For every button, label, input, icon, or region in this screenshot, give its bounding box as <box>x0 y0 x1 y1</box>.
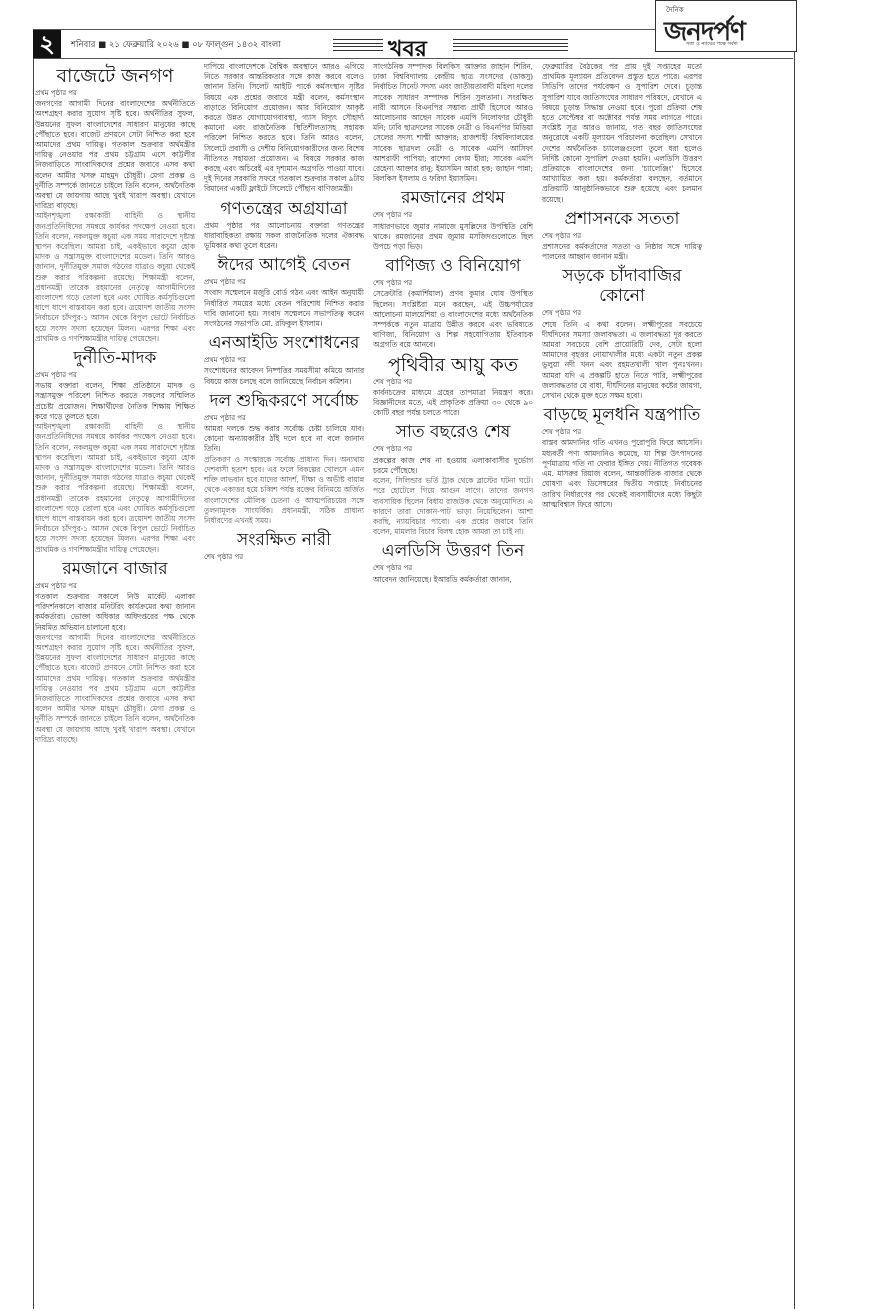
headline-capital-machinery: বাড়ছে মূলধনি যন্ত্রপাতি <box>542 405 702 425</box>
article-body-culture: প্রতিকরণ ও সংস্কারকে সর্বোচ্চ প্রাধান্য … <box>204 455 364 526</box>
headline-party-reform: দল শুদ্ধিকরণে সর্বোচ্চ <box>204 391 364 411</box>
headline-extortion-road: সড়কে চাঁদাবাজির কোনো <box>542 266 702 306</box>
headline-accountability: গণতন্ত্রের অগ্রযাত্রা <box>204 199 364 219</box>
article-body-corruption-cont: আইনশৃঙ্খলা রক্ষাকারী বাহিনী ও স্থানীয় জ… <box>35 422 195 555</box>
article-body-capital-machinery: বাস্তব আমদানির গতি এখনও পুরোপুরি ফিরে আস… <box>542 438 702 509</box>
kicker: প্রথম পৃষ্ঠার পর <box>35 370 195 380</box>
kicker: প্রথম পৃষ্ঠার পর <box>35 88 195 98</box>
kicker: প্রথম পৃষ্ঠার পর <box>204 413 364 423</box>
headline-reserved-women: সংরক্ষিত নারী <box>204 530 364 550</box>
article-body-ramadan-market: গতকাল শুক্রবার সকালে নিউ মার্কেট এলাকা প… <box>35 592 195 633</box>
headline-ldc: এলডিসি উত্তরণ তিন <box>373 541 533 561</box>
article-body-budget-cont: আইনশৃঙ্খলা রক্ষাকারী বাহিনী ও স্থানীয় জ… <box>35 211 195 344</box>
kicker: প্রথম পৃষ্ঠার পর <box>204 277 364 287</box>
dateline: শনিবার ■ ২১ ফেব্রুয়ারি ২০২৬ ■ ০৮ ফাল্গু… <box>71 38 281 52</box>
article-body-corruption: সভায় বক্তারা বলেন, শিক্ষা প্রতিষ্ঠানে ম… <box>35 381 195 422</box>
article-body-seven-years: প্রকল্পের কাজ শেষ না হওয়ায় এলাকাবাসীর … <box>373 456 533 476</box>
article-body-trade: সেক্রেটারি (কমার্শিয়াল) প্রণব কুমার ঘোষ… <box>373 289 533 350</box>
kicker: শেষ পৃষ্ঠার পর <box>373 444 533 454</box>
column-4: ফেব্রুয়ারির বৈঠকের পর প্রায় দুই সপ্তাহ… <box>542 62 702 510</box>
page-number: ২ <box>33 30 61 58</box>
kicker: প্রথম পৃষ্ঠার পর <box>204 355 364 365</box>
decorative-rules-right <box>453 39 568 51</box>
headline-budget: বাজেটে জনগণ <box>35 66 195 86</box>
headline-earth-age: পৃথিবীর আয়ু কত <box>373 355 533 375</box>
article-body-salary: সংবাদ সম্মেলনে মজুরি বোর্ড গঠন এবং আইন অ… <box>204 288 364 329</box>
article-body-reserved: বলেন, সিলিন্ডার ভর্তি ট্রাক থেকে ব্লাস্ট… <box>373 476 533 537</box>
headline-trade: বাণিজ্য ও বিনিয়োগ <box>373 256 533 276</box>
kicker: প্রথম পৃষ্ঠার পর <box>35 581 195 591</box>
article-body-admin-honesty: প্রশাসনের কর্মকর্তাদের সততা ও নিষ্ঠার সঙ… <box>542 242 702 262</box>
column-3: সাংগঠনিক সম্পাদক বিলকিস আক্তার জাহান শির… <box>373 62 533 585</box>
article-body-ramadan-market-cont: জনগণের আগামী দিনের বাংলাদেশের অর্থনীতিতে… <box>35 633 195 745</box>
article-body-col2: দাপিয়ে বাংলাদেশকে বৈশ্বিক অবস্থানে আরও … <box>204 62 364 195</box>
article-body-accountability: প্রথম পৃষ্ঠার পর আলোচনায় বক্তারা গণতন্ত… <box>204 221 364 252</box>
kicker: শেষ পৃষ্ঠার পর <box>373 563 533 573</box>
article-body-earth-age: কার্বনচক্রের মাধ্যমে গ্রহের তাপমাত্রা নি… <box>373 388 533 419</box>
column-2: দাপিয়ে বাংলাদেশকে বৈশ্বিক অবস্থানে আরও … <box>204 62 364 563</box>
article-body-party-reform: আমরা দলকে শুদ্ধ করার সর্বোচ্চ চেষ্টা চাল… <box>204 424 364 455</box>
kicker: শেষ পৃষ্ঠার পর <box>542 231 702 241</box>
newspaper-logo: দৈনিক জনদর্পণ সত্য ও ন্যায়ের পক্ষে সর্ব… <box>655 0 797 52</box>
article-body-ramadan-first: সাধারণভাবে জুমার নামাজে মুসল্লিদের উপস্থ… <box>373 222 533 253</box>
article-body-budget: জনগণের আগামী দিনের বাংলাদেশের অর্থনীতিতে… <box>35 99 195 211</box>
kicker: শেষ পৃষ্ঠার পর <box>373 210 533 220</box>
headline-ramadan-first: রমজানের প্রথম <box>373 188 533 208</box>
column-1: বাজেটে জনগণ প্রথম পৃষ্ঠার পর জনগণের আগাম… <box>35 62 195 745</box>
headline-salary: ঈদের আগেই বেতন <box>204 255 364 275</box>
kicker: শেষ পৃষ্ঠার পর <box>204 552 364 562</box>
kicker: শেষ পৃষ্ঠার পর <box>373 278 533 288</box>
decorative-rules-left <box>333 39 383 51</box>
article-body-ldc: আবেদন জানিয়েছে। ইআরডি কর্মকর্তারা জানান… <box>373 575 533 585</box>
headline-corruption: দুর্নীতি-মাদক <box>35 348 195 368</box>
headline-ramadan-market: রমজানে বাজার <box>35 559 195 579</box>
kicker: শেষ পৃষ্ঠার পর <box>542 308 702 318</box>
headline-seven-years: সাত বছরেও শেষ <box>373 422 533 442</box>
headline-nid: এনআইডি সংশোধনের <box>204 333 364 353</box>
article-body-col4: ফেব্রুয়ারির বৈঠকের পর প্রায় দুই সপ্তাহ… <box>542 62 702 205</box>
article-body-extortion-road: শেষে তিনি এ কথা বলেন। লক্ষ্মীপুরের সবচেয… <box>542 320 702 402</box>
headline-admin-honesty: প্রশাসনকে সততা <box>542 209 702 229</box>
article-body-col3: সাংগঠনিক সম্পাদক বিলকিস আক্তার জাহান শির… <box>373 62 533 184</box>
kicker: শেষ পৃষ্ঠার পর <box>542 427 702 437</box>
kicker: শেষ পৃষ্ঠার পর <box>373 377 533 387</box>
logo-tagline: সত্য ও ন্যায়ের পক্ষে সর্বদা <box>686 41 738 49</box>
article-body-nid: সংশোধনের আবেদন নিষ্পত্তির সময়সীমা কমিয়… <box>204 366 364 386</box>
